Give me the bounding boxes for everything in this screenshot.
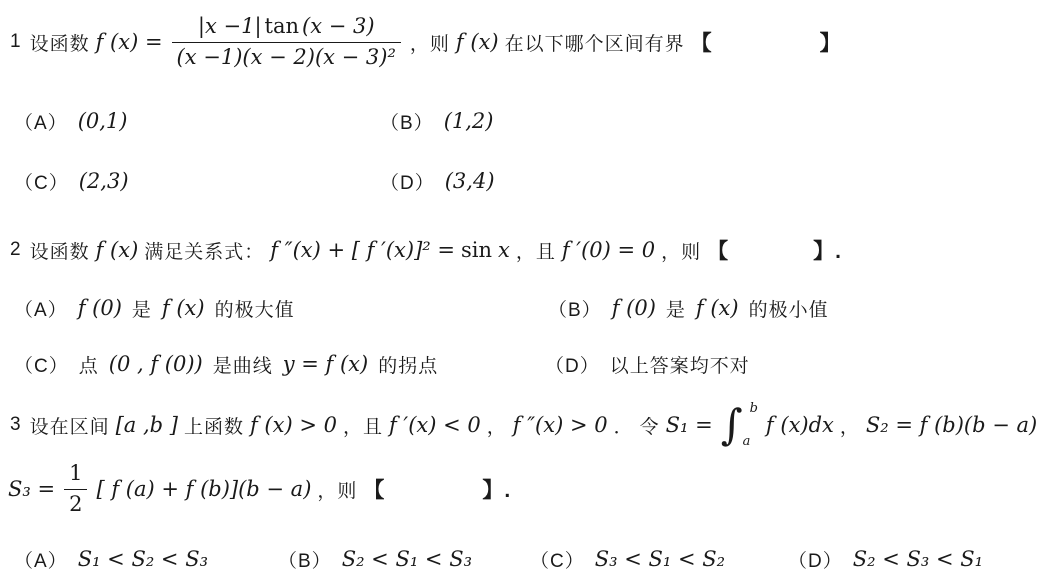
q1-option-a: （A） (0,1) bbox=[14, 106, 127, 136]
question-2-number: 2 bbox=[10, 239, 22, 261]
q3-s3-rest: [ f (a) + f (b)](b − a) bbox=[96, 477, 311, 501]
q3-option-c: （C） S₃ < S₁ < S₂ bbox=[530, 544, 725, 574]
question-3-stem-line-2: S₃ = 1 2 [ f (a) + f (b)](b − a) ，则 【 】. bbox=[8, 462, 511, 516]
q2-relation-sin: sin bbox=[461, 238, 492, 262]
q2-option-b-text: 的极小值 bbox=[749, 295, 829, 322]
q3-answer-bracket-close: 】. bbox=[482, 474, 511, 504]
q2-option-b-f0: f (0) bbox=[612, 296, 656, 320]
q1-question-text: 在以下哪个区间有界 bbox=[505, 29, 685, 56]
q2-option-a-is: 是 bbox=[132, 295, 152, 322]
q1-option-d-value: (3,4) bbox=[445, 169, 495, 193]
question-3-stem-line-1: 3 设在区间 [a ,b ] 上函数 f (x) > 0 ，且 f ′(x) <… bbox=[10, 398, 1039, 452]
q3-option-d-label: （D） bbox=[788, 546, 843, 573]
q1-option-c-value: (2,3) bbox=[79, 169, 129, 193]
question-1-number: 1 bbox=[10, 31, 22, 53]
q3-half-numerator: 1 bbox=[64, 461, 87, 488]
q2-option-b: （B） f (0) 是 f (x) 的极小值 bbox=[548, 293, 829, 323]
q1-option-b-value: (1,2) bbox=[444, 109, 494, 133]
q1-option-a-label: （A） bbox=[14, 108, 68, 135]
q3-option-d-value: S₂ < S₃ < S₁ bbox=[853, 547, 983, 571]
q3-let-text: 令 bbox=[640, 412, 660, 439]
q3-half-denominator: 2 bbox=[64, 489, 87, 517]
q2-initial-condition: f ′(0) = 0 bbox=[562, 238, 655, 262]
q1-option-d: （D） (3,4) bbox=[380, 166, 495, 196]
q3-condition-2: f ′(x) < 0 bbox=[389, 413, 481, 437]
q3-integral: ∫ b a bbox=[721, 401, 758, 449]
q2-option-c-coords: (0 , f (0)) bbox=[109, 352, 203, 376]
q2-relation-var: x bbox=[498, 238, 510, 262]
q2-option-c-inflection-text: 的拐点 bbox=[378, 351, 438, 378]
q1-numerator-right: (x − 3) bbox=[302, 14, 375, 39]
q3-integral-upper-limit: b bbox=[750, 402, 758, 415]
q2-fx: f (x) bbox=[96, 238, 139, 262]
q1-fx: f (x) bbox=[456, 30, 499, 54]
q3-and-text: ，且 bbox=[343, 412, 383, 439]
q2-option-d: （D） 以上答案均不对 bbox=[545, 349, 750, 379]
q1-answer-bracket-close: 】 bbox=[820, 27, 842, 57]
q1-lead-text: 设函数 bbox=[30, 29, 90, 56]
q3-answer-bracket-open: 【 bbox=[363, 474, 385, 504]
q2-option-c-label: （C） bbox=[14, 351, 69, 378]
integral-sign-icon: ∫ bbox=[721, 402, 743, 448]
q2-answer-bracket-close: 】. bbox=[813, 235, 842, 265]
q3-then-text: ，则 bbox=[317, 476, 357, 503]
q3-option-c-label: （C） bbox=[530, 546, 585, 573]
q3-answer-blank bbox=[391, 489, 476, 490]
q2-option-a-fx: f (x) bbox=[162, 296, 205, 320]
q3-option-a-label: （A） bbox=[14, 546, 68, 573]
q3-condition-1: f (x) > 0 bbox=[250, 413, 337, 437]
q2-option-d-label: （D） bbox=[545, 351, 600, 378]
q3-integral-limits: b a bbox=[743, 401, 758, 449]
q2-lead-text: 设函数 bbox=[30, 237, 90, 264]
q2-option-c: （C） 点 (0 , f (0)) 是曲线 y = f (x) 的拐点 bbox=[14, 349, 438, 379]
q3-on-function-text: 上函数 bbox=[184, 412, 244, 439]
q2-option-a-label: （A） bbox=[14, 295, 68, 322]
q2-then-text: ，则 bbox=[661, 237, 701, 264]
q3-comma-2: ， bbox=[840, 412, 860, 439]
q2-option-b-is: 是 bbox=[666, 295, 686, 322]
q1-option-b: （B） (1,2) bbox=[380, 106, 493, 136]
q1-fraction: |x −1| tan (x − 3) (x −1)(x − 2)(x − 3)² bbox=[172, 14, 401, 69]
q3-integrand: f (x)dx bbox=[766, 413, 834, 437]
q2-and-text: ，且 bbox=[516, 237, 556, 264]
q2-satisfy-text: 满足关系式： bbox=[144, 237, 264, 264]
q2-option-a-f0: f (0) bbox=[78, 296, 122, 320]
q1-option-c: （C） (2,3) bbox=[14, 166, 129, 196]
q1-numerator-tan: tan bbox=[265, 14, 299, 39]
q3-option-c-value: S₃ < S₁ < S₂ bbox=[595, 547, 725, 571]
exam-document-page: 1 设函数 f (x) = |x −1| tan (x − 3) (x −1)(… bbox=[0, 0, 1039, 585]
q2-option-c-curve-text: 是曲线 bbox=[213, 351, 273, 378]
question-2-stem: 2 设函数 f (x) 满足关系式： f ″(x) + [ f ′(x)]² =… bbox=[10, 230, 842, 270]
q3-condition-3: f ″(x) > 0 bbox=[513, 413, 608, 437]
q1-option-b-label: （B） bbox=[380, 108, 434, 135]
question-1-stem: 1 设函数 f (x) = |x −1| tan (x − 3) (x −1)(… bbox=[10, 4, 842, 80]
q1-then-text: ，则 bbox=[410, 29, 450, 56]
q3-option-b-label: （B） bbox=[278, 546, 332, 573]
q1-answer-bracket-open: 【 bbox=[691, 27, 713, 57]
q2-answer-blank bbox=[735, 250, 807, 251]
q3-option-a: （A） S₁ < S₂ < S₃ bbox=[14, 544, 208, 574]
q3-period: ． bbox=[614, 412, 634, 439]
q3-option-b-value: S₂ < S₁ < S₃ bbox=[342, 547, 472, 571]
q1-fraction-denominator: (x −1)(x − 2)(x − 3)² bbox=[172, 42, 401, 70]
q3-comma-1: ， bbox=[487, 412, 507, 439]
q3-lead-text: 设在区间 bbox=[30, 412, 110, 439]
q3-interval: [a ,b ] bbox=[116, 413, 178, 437]
q1-answer-blank bbox=[719, 42, 814, 43]
q1-option-d-label: （D） bbox=[380, 168, 435, 195]
q2-relation-lhs: f ″(x) + [ f ′(x)]² = bbox=[270, 238, 455, 262]
q2-answer-bracket-open: 【 bbox=[707, 235, 729, 265]
q3-option-b: （B） S₂ < S₁ < S₃ bbox=[278, 544, 472, 574]
q2-option-b-label: （B） bbox=[548, 295, 602, 322]
q3-s1-equals: S₁ = bbox=[666, 413, 713, 437]
q2-option-a-text: 的极大值 bbox=[215, 295, 295, 322]
q3-option-d: （D） S₂ < S₃ < S₁ bbox=[788, 544, 983, 574]
q3-half-fraction: 1 2 bbox=[64, 461, 87, 516]
q2-option-c-point: 点 bbox=[79, 351, 99, 378]
q2-option-c-curve-eq: y = f (x) bbox=[283, 352, 369, 376]
q3-s2-formula: S₂ = f (b)(b − a) bbox=[866, 413, 1037, 437]
q2-option-a: （A） f (0) 是 f (x) 的极大值 bbox=[14, 293, 295, 323]
q3-s3-equals: S₃ = bbox=[8, 477, 55, 501]
q1-option-a-value: (0,1) bbox=[78, 109, 128, 133]
q3-option-a-value: S₁ < S₂ < S₃ bbox=[78, 547, 208, 571]
q3-integral-lower-limit: a bbox=[743, 435, 758, 448]
q2-option-b-fx: f (x) bbox=[696, 296, 739, 320]
question-3-number: 3 bbox=[10, 414, 22, 436]
q1-function-equals: f (x) = bbox=[96, 30, 163, 54]
q1-option-c-label: （C） bbox=[14, 168, 69, 195]
q1-numerator-left: |x −1| bbox=[198, 14, 262, 39]
q2-option-d-text: 以上答案均不对 bbox=[610, 351, 750, 378]
q1-fraction-numerator: |x −1| tan (x − 3) bbox=[193, 14, 380, 41]
